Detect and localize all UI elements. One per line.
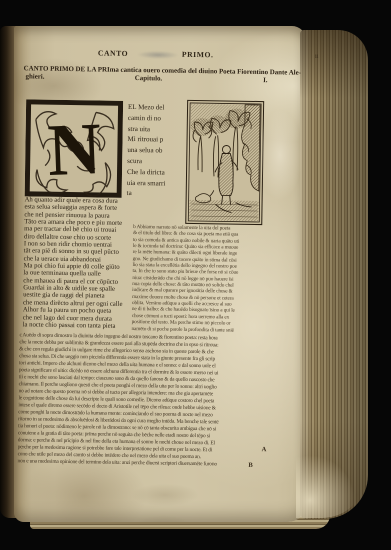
running-head-left: CANTO <box>98 48 128 57</box>
heading-numeral: I. <box>263 77 268 84</box>
book-photo: CANTO PRIMO. CANTO PRIMO DE LA PRIma can… <box>0 0 391 550</box>
page-content: CANTO PRIMO. CANTO PRIMO DE LA PRIma can… <box>9 24 309 525</box>
folio-number: ii <box>315 53 319 60</box>
decorated-initial-N: N <box>25 99 124 198</box>
commentary-line: namēto di si poche parole la profondita … <box>132 326 270 335</box>
fore-edge <box>300 30 368 519</box>
commentary-bottom-block: c Auēdo di sopra dimostro la diuinita de… <box>17 332 275 469</box>
running-head-right: PRIMO. <box>182 50 214 59</box>
margin-note-letter-A: A <box>262 446 267 453</box>
signature-mark-B: B <box>248 462 252 469</box>
svg-text:N: N <box>46 108 102 192</box>
faded-ink-stamp <box>132 50 184 60</box>
commentary-right-column: b Abbiamo narrato nō solamente la uita d… <box>132 224 272 334</box>
